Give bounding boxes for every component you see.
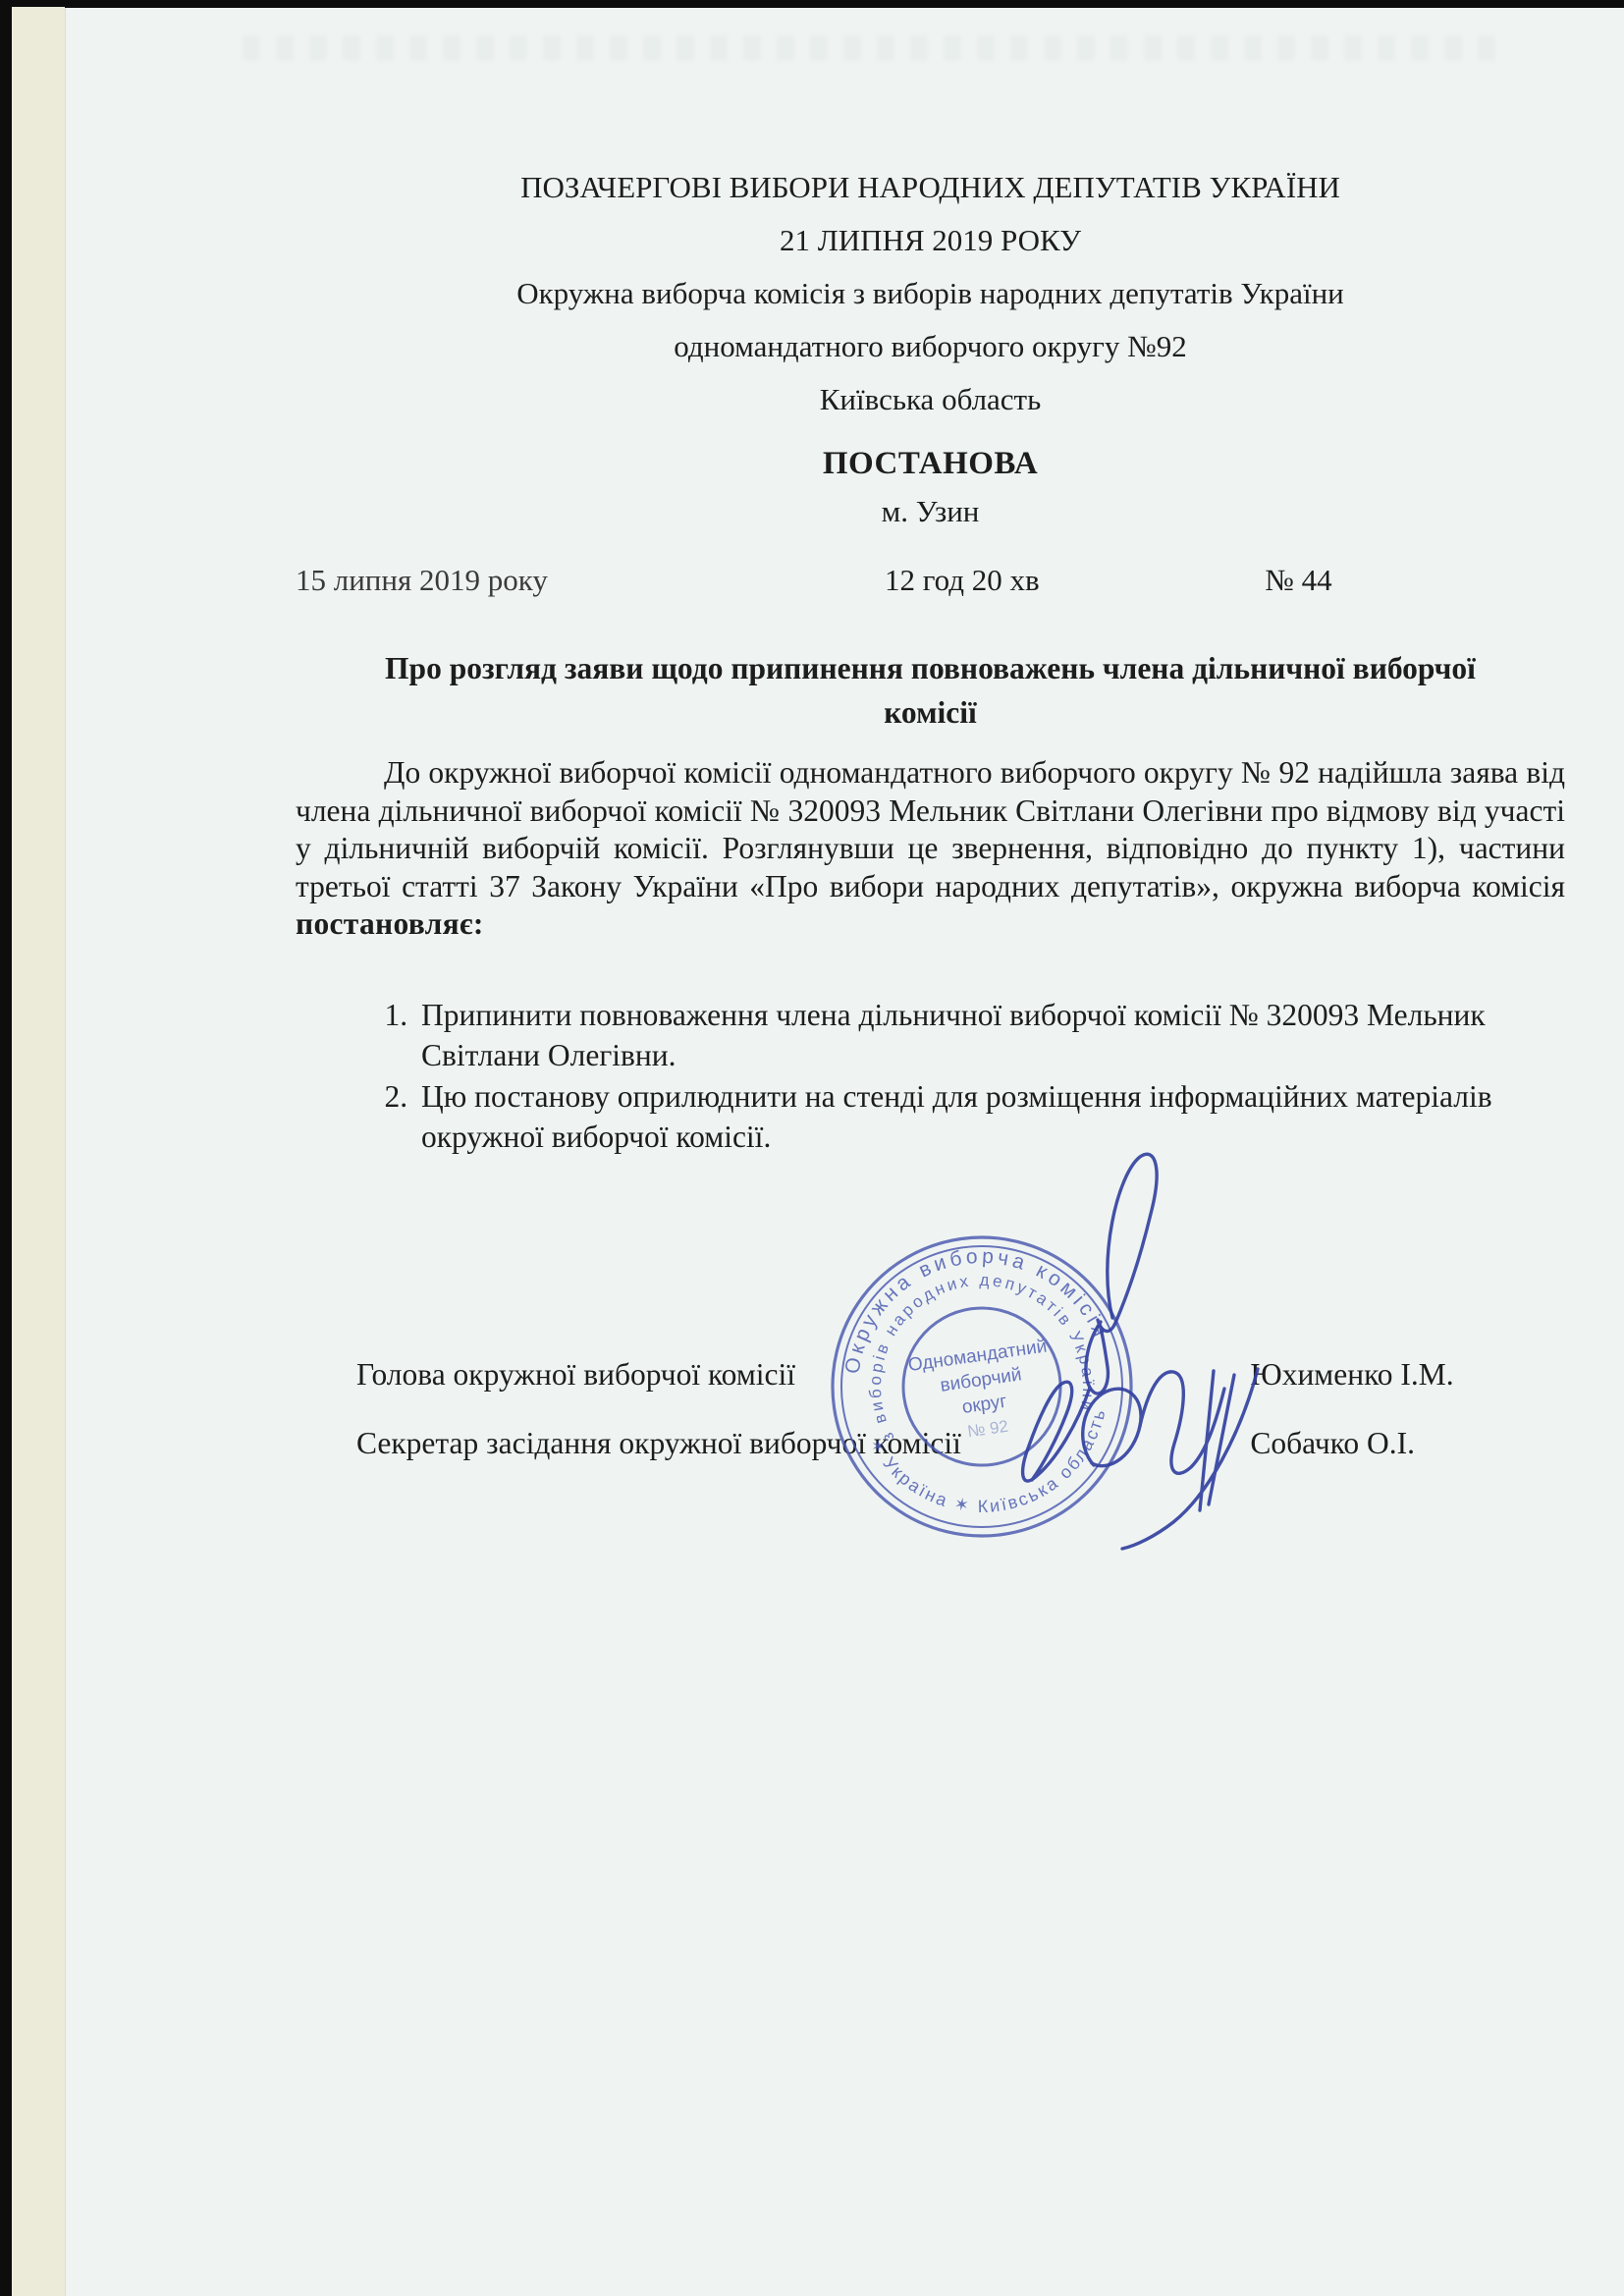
signature-role-secretary: Секретар засідання окружної виборчої ком… (356, 1422, 961, 1465)
document-subject: Про розгляд заяви щодо припинення повнов… (296, 646, 1565, 735)
signature-block: Голова окружної виборчої комісії Юхименк… (296, 1353, 1565, 1491)
header-line-district: одномандатного виборчого округу №92 (296, 320, 1565, 373)
header-line-region: Київська область (296, 373, 1565, 426)
document-meta-row: 15 липня 2019 року 12 год 20 хв № 44 (296, 559, 1565, 602)
document-number: № 44 (1265, 559, 1331, 602)
header-line-election-title: ПОЗАЧЕРГОВІ ВИБОРИ НАРОДНИХ ДЕПУТАТІВ УК… (296, 161, 1565, 214)
scanner-backing-strip (12, 7, 65, 2296)
document-date: 15 липня 2019 року (296, 559, 548, 602)
document-type-title: ПОСТАНОВА (296, 442, 1565, 485)
subject-line-1: Про розгляд заяви щодо припинення повнов… (296, 646, 1565, 690)
signature-role-head: Голова окружної виборчої комісії (356, 1353, 795, 1396)
signature-row-secretary: Секретар засідання окружної виборчої ком… (296, 1422, 1565, 1491)
body-paragraph: До окружної виборчої комісії одномандатн… (296, 754, 1565, 944)
subject-line-2: комісії (296, 690, 1565, 735)
header-line-election-date: 21 ЛИПНЯ 2019 РОКУ (296, 214, 1565, 267)
document-paper: ПОЗАЧЕРГОВІ ВИБОРИ НАРОДНИХ ДЕПУТАТІВ УК… (65, 8, 1624, 2296)
body-resolves-word: постановляє: (296, 906, 484, 941)
signature-name-head: Юхименко І.М. (1250, 1353, 1453, 1396)
resolution-list: Припинити повноваження члена дільничної … (296, 995, 1565, 1157)
signature-name-secretary: Собачко О.І. (1250, 1422, 1415, 1465)
document-content: ПОЗАЧЕРГОВІ ВИБОРИ НАРОДНИХ ДЕПУТАТІВ УК… (296, 161, 1565, 1491)
resolution-item-1: Припинити повноваження члена дільничної … (415, 995, 1565, 1075)
resolution-item-2: Цю постанову оприлюднити на стенді для р… (415, 1076, 1565, 1157)
header-line-commission: Окружна виборча комісія з виборів народн… (296, 267, 1565, 320)
body-text: До окружної виборчої комісії одномандатн… (296, 755, 1565, 903)
document-header: ПОЗАЧЕРГОВІ ВИБОРИ НАРОДНИХ ДЕПУТАТІВ УК… (296, 161, 1565, 426)
scanned-document-page: { "colors": { "paper": "#eff4f2", "ink":… (0, 0, 1624, 2296)
document-time: 12 год 20 хв (885, 559, 1040, 602)
signature-row-head: Голова окружної виборчої комісії Юхименк… (296, 1353, 1565, 1422)
ink-bleed-artifact (243, 35, 1499, 61)
document-place: м. Узин (296, 490, 1565, 533)
